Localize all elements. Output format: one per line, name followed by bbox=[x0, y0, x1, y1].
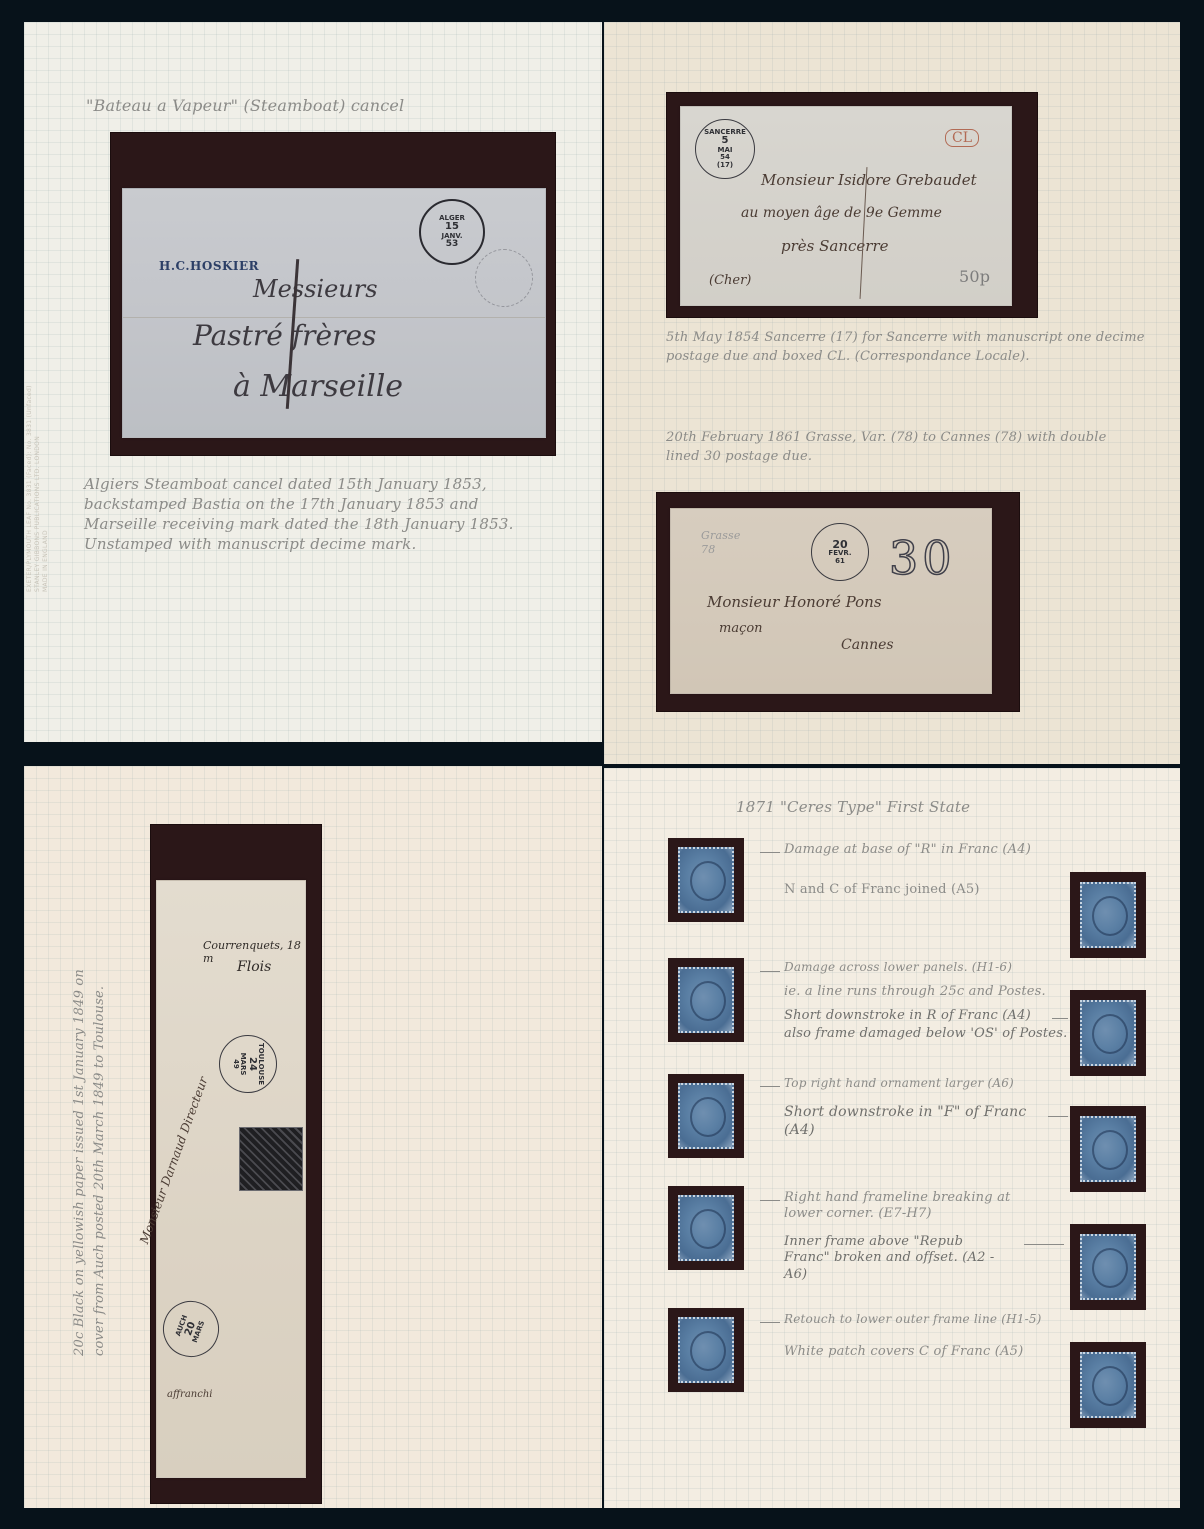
stamp-mount[interactable] bbox=[1070, 990, 1146, 1076]
ceres-stamp bbox=[678, 1317, 734, 1383]
cover-mount: SANCERRE 5 MAI 54 (17) CL Monsieur Isido… bbox=[666, 92, 1038, 318]
postmark-year: 53 bbox=[446, 240, 459, 249]
postmark-sancerre: SANCERRE 5 MAI 54 (17) bbox=[695, 119, 755, 179]
address-line: Monsieur Isidore Grebaudet bbox=[761, 171, 977, 189]
address-line: Pastré frères bbox=[193, 319, 376, 352]
pencil-note: Grasse 78 bbox=[701, 529, 741, 557]
cover-algiers[interactable]: H.C.HOSKIER ALGER 15 JANV. 53 Messieurs … bbox=[122, 188, 546, 438]
stamp-mount[interactable] bbox=[668, 1074, 744, 1158]
cover-caption: 20th February 1861 Grasse, Var. (78) to … bbox=[666, 428, 1136, 466]
variety-note: Right hand frameline breaking at lower c… bbox=[784, 1190, 1024, 1223]
ceres-stamp bbox=[1080, 1234, 1136, 1300]
address-line: Messieurs bbox=[253, 275, 378, 303]
cover-caption: 5th May 1854 Sancerre (17) for Sancerre … bbox=[666, 328, 1146, 366]
ceres-stamp bbox=[1080, 1000, 1136, 1066]
boxed-cl-mark: CL bbox=[945, 129, 979, 147]
imprint-line: STANLEY GIBBONS PUBLICATIONS LTD. LONDON bbox=[34, 436, 41, 592]
address-text: Monsieur Darnaud Directeur bbox=[137, 1075, 211, 1246]
pointer-line bbox=[1048, 1116, 1068, 1117]
variety-note: Damage across lower panels. (H1-6) bbox=[784, 960, 1012, 975]
address-line: (Cher) bbox=[709, 273, 751, 288]
postmark-town: TOULOUSE bbox=[257, 1043, 264, 1085]
cover-caption-vertical: 20c Black on yellowish paper issued 1st … bbox=[70, 936, 110, 1356]
pencil-note-dept: 78 bbox=[701, 543, 715, 556]
postmark-day: 15 bbox=[445, 222, 459, 233]
stamp-mount[interactable] bbox=[1070, 872, 1146, 958]
variety-note: N and C of Franc joined (A5) bbox=[784, 882, 980, 898]
variety-note: Inner frame above "Repub Franc" broken a… bbox=[784, 1234, 1004, 1283]
ceres-stamp bbox=[678, 847, 734, 913]
docket-line: Flois bbox=[237, 959, 271, 975]
ceres-stamp bbox=[1080, 1352, 1136, 1418]
postmark-dept: (17) bbox=[717, 162, 733, 169]
due-mark-30: 30 bbox=[889, 531, 956, 585]
address-line: à Marseille bbox=[233, 369, 403, 404]
album-page-top-left: "Bateau a Vapeur" (Steamboat) cancel EXE… bbox=[24, 22, 602, 742]
cover-mount: Grasse 78 20 FEVR. 61 30 Monsieur Honoré… bbox=[656, 492, 1020, 712]
stamp-mount[interactable] bbox=[1070, 1224, 1146, 1310]
postmark-year: 61 bbox=[835, 558, 845, 565]
stamp-20c-ceres-black[interactable] bbox=[239, 1127, 303, 1191]
address-line: maçon bbox=[719, 621, 763, 636]
stamp-mount[interactable] bbox=[668, 958, 744, 1042]
address-line: près Sancerre bbox=[781, 237, 889, 255]
album-page-bottom-right: 1871 "Ceres Type" First State Damage at … bbox=[604, 768, 1180, 1508]
album-page-bottom-left: 20c Black on yellowish paper issued 1st … bbox=[24, 766, 602, 1508]
variety-note: ie. a line runs through 25c and Postes. bbox=[784, 984, 1046, 1000]
pointer-line bbox=[760, 971, 780, 972]
postmark-year: 49 bbox=[232, 1059, 239, 1069]
imprint-line: EXETER/PLYMOUTH LEAF No. 3831 (Faced): N… bbox=[26, 385, 33, 592]
variety-note: Top right hand ornament larger (A6) bbox=[784, 1076, 1014, 1091]
faint-backstamp bbox=[475, 249, 533, 307]
pointer-line bbox=[760, 852, 780, 853]
pointer-line bbox=[1052, 1018, 1068, 1019]
imprint-line: MADE IN ENGLAND bbox=[42, 530, 49, 592]
variety-note: also frame damaged below 'OS' of Postes.… bbox=[784, 1026, 1102, 1042]
pointer-line bbox=[760, 1322, 780, 1323]
pencil-price: 50p bbox=[959, 267, 990, 287]
page-heading: 1871 "Ceres Type" First State bbox=[736, 798, 970, 817]
postmark-toulouse: TOULOUSE 24 MARS 49 bbox=[219, 1035, 277, 1093]
cover-caption: Algiers Steamboat cancel dated 15th Janu… bbox=[84, 474, 554, 554]
postmark-alger: ALGER 15 JANV. 53 bbox=[419, 199, 485, 265]
stamp-mount[interactable] bbox=[668, 1308, 744, 1392]
album-page-top-right: SANCERRE 5 MAI 54 (17) CL Monsieur Isido… bbox=[604, 22, 1180, 764]
pencil-note-town: Grasse bbox=[701, 529, 741, 542]
address-line: Monsieur Honoré Pons bbox=[707, 593, 882, 611]
stamp-mount[interactable] bbox=[1070, 1106, 1146, 1192]
variety-note: Damage at base of "R" in Franc (A4) bbox=[784, 842, 1031, 858]
ceres-stamp bbox=[1080, 882, 1136, 948]
variety-note: White patch covers C of Franc (A5) bbox=[784, 1344, 1023, 1360]
cover-grasse[interactable]: Grasse 78 20 FEVR. 61 30 Monsieur Honoré… bbox=[670, 508, 992, 694]
ceres-stamp bbox=[678, 1083, 734, 1149]
postmark-day: 24 bbox=[246, 1057, 257, 1071]
variety-note: Short downstroke in R of Franc (A4) bbox=[784, 1008, 1031, 1024]
stamp-mount[interactable] bbox=[1070, 1342, 1146, 1428]
stamp-mount[interactable] bbox=[668, 1186, 744, 1270]
variety-note: Retouch to lower outer frame line (H1-5) bbox=[784, 1312, 1042, 1327]
sender-handstamp: H.C.HOSKIER bbox=[159, 259, 259, 273]
postmark-auch: AUCH 20 MARS bbox=[155, 1293, 227, 1365]
cover-mount: H.C.HOSKIER ALGER 15 JANV. 53 Messieurs … bbox=[110, 132, 556, 456]
address-line: Cannes bbox=[841, 637, 894, 653]
pointer-line bbox=[1024, 1244, 1064, 1245]
fold-line bbox=[123, 317, 545, 318]
address-line: Monsieur Darnaud Directeur bbox=[137, 1075, 211, 1246]
pointer-line bbox=[760, 1086, 780, 1087]
pointer-line bbox=[760, 1200, 780, 1201]
postmark-grasse: 20 FEVR. 61 bbox=[811, 523, 869, 581]
cover-mount: Courrenquets, 18 m Flois TOULOUSE 24 MAR… bbox=[150, 824, 322, 1504]
album-imprint: EXETER/PLYMOUTH LEAF No. 3831 (Faced): N… bbox=[26, 312, 50, 592]
ceres-stamp bbox=[678, 1195, 734, 1261]
postmark-month: MARS bbox=[239, 1053, 246, 1076]
ceres-stamp bbox=[1080, 1116, 1136, 1182]
cover-sancerre[interactable]: SANCERRE 5 MAI 54 (17) CL Monsieur Isido… bbox=[680, 106, 1012, 306]
endorsement: affranchi bbox=[167, 1389, 212, 1400]
page-heading: "Bateau a Vapeur" (Steamboat) cancel bbox=[86, 96, 404, 116]
variety-note: Short downstroke in "F" of Franc (A4) bbox=[784, 1104, 1054, 1139]
address-line: au moyen âge de 9e Gemme bbox=[741, 205, 942, 221]
ceres-stamp bbox=[678, 967, 734, 1033]
cover-auch-toulouse[interactable]: Courrenquets, 18 m Flois TOULOUSE 24 MAR… bbox=[156, 880, 306, 1478]
stamp-mount[interactable] bbox=[668, 838, 744, 922]
